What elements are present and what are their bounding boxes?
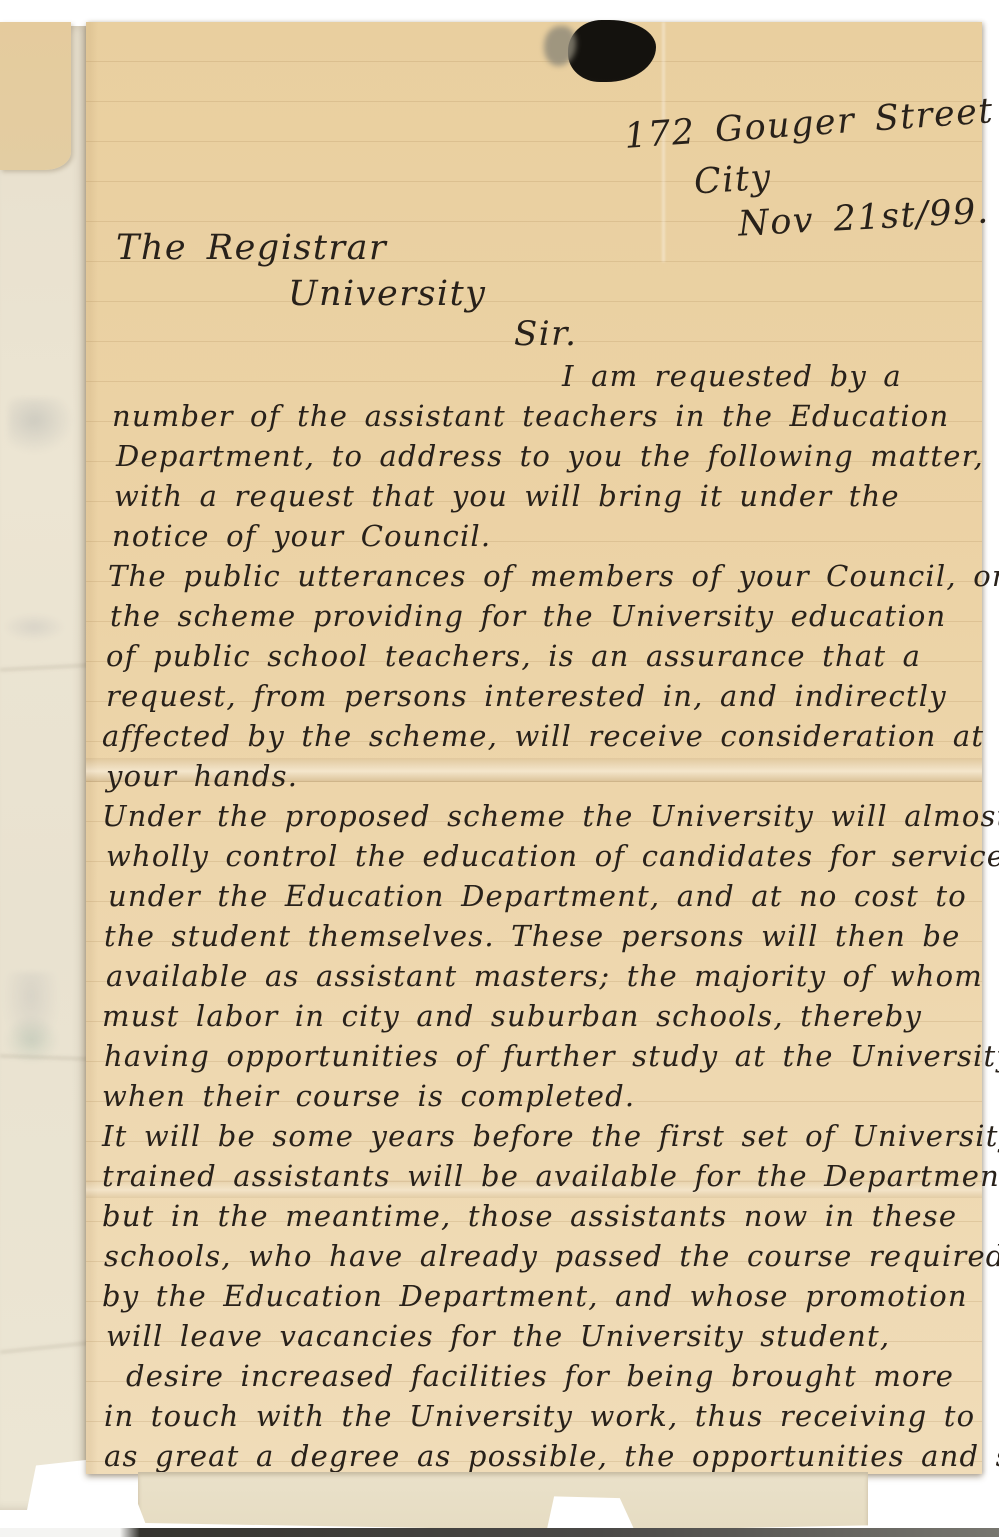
- letter-line: by the Education Department, and whose p…: [102, 1276, 976, 1316]
- letter-line: the scheme providing for the University …: [102, 596, 976, 636]
- letter-line: number of the assistant teachers in the …: [102, 396, 976, 436]
- showthrough-mark: [4, 1016, 59, 1064]
- folded-flap: [0, 22, 71, 170]
- showthrough-mark: [4, 614, 64, 640]
- recipient-title: The Registrar: [116, 228, 387, 268]
- letter-line: schools, who have already passed the cou…: [102, 1236, 976, 1276]
- letter-line: but in the meantime, those assistants no…: [102, 1196, 976, 1236]
- showthrough-mark: [8, 398, 74, 454]
- bottom-paper-fragment: [138, 1472, 868, 1530]
- letter-line: having opportunities of further study at…: [102, 1036, 976, 1076]
- letter-line: I am requested by a: [102, 356, 976, 396]
- letter-line: available as assistant masters; the majo…: [102, 956, 976, 996]
- letter-line: in touch with the University work, thus …: [102, 1396, 976, 1436]
- scanner-edge-strip: [0, 1528, 999, 1537]
- letter-line: notice of your Council.: [102, 516, 976, 556]
- address-line-2: City: [693, 157, 773, 202]
- letter-line: Under the proposed scheme the University…: [102, 796, 976, 836]
- letter-line: desire increased facilities for being br…: [102, 1356, 976, 1396]
- letter-line: will leave vacancies for the University …: [102, 1316, 976, 1356]
- letter-line: Department, to address to you the follow…: [102, 436, 976, 476]
- letter-line: of public school teachers, is an assuran…: [102, 636, 976, 676]
- letter-line: request, from persons interested in, and…: [102, 676, 976, 716]
- backing-crease: [0, 1341, 90, 1353]
- recipient-org: University: [288, 274, 486, 314]
- letter-line: with a request that you will bring it un…: [102, 476, 976, 516]
- letter-line: when their course is completed.: [102, 1076, 976, 1116]
- date-line: Nov 21st/99.: [737, 191, 990, 244]
- letter-body: I am requested by anumber of the assista…: [102, 356, 976, 1476]
- letter-line: your hands.: [102, 756, 976, 796]
- letter-line: affected by the scheme, will receive con…: [102, 716, 976, 756]
- letter-line: must labor in city and suburban schools,…: [102, 996, 976, 1036]
- letter-page: 172 Gouger Street City Nov 21st/99. The …: [86, 22, 982, 1474]
- letter-line: The public utterances of members of your…: [102, 556, 976, 596]
- backing-sheet: [0, 26, 90, 1510]
- letter-line: wholly control the education of candidat…: [102, 836, 976, 876]
- address-line-1: 172 Gouger Street: [623, 91, 995, 157]
- letter-line: under the Education Department, and at n…: [102, 876, 976, 916]
- letter-line: the student themselves. These persons wi…: [102, 916, 976, 956]
- letter-line: It will be some years before the first s…: [102, 1116, 976, 1156]
- ink-blot: [568, 20, 656, 82]
- letter-line: trained assistants will be available for…: [102, 1156, 976, 1196]
- salutation: Sir.: [514, 314, 578, 354]
- backing-crease: [0, 664, 90, 672]
- letter-line: as great a degree as possible, the oppor…: [102, 1436, 976, 1476]
